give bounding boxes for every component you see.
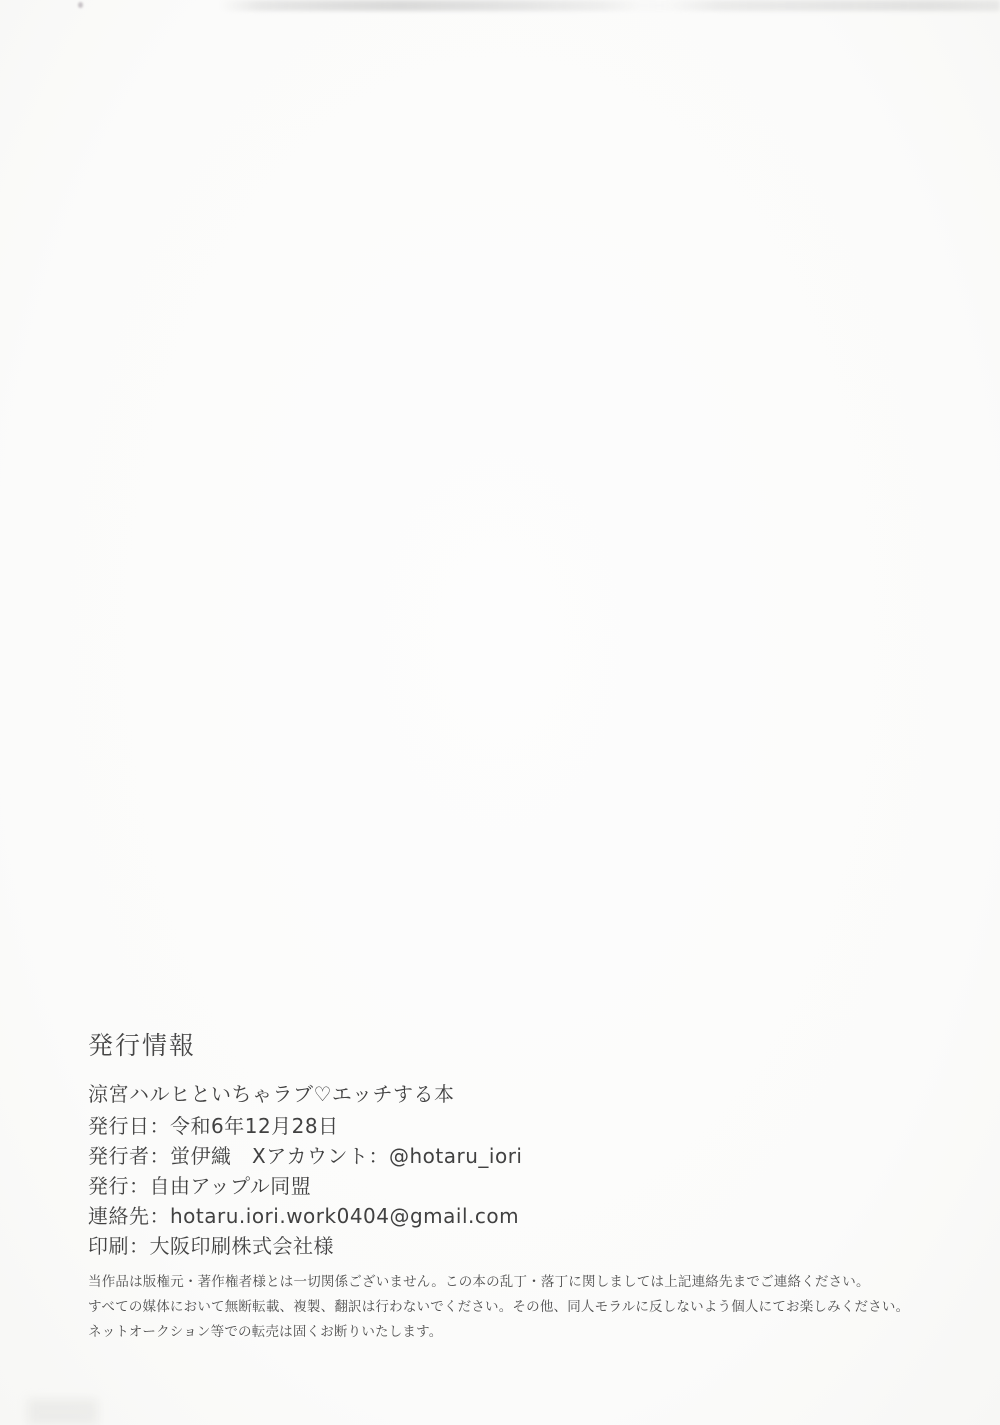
disclaimer-line: 当作品は版権元・著作権者様とは一切関係ございません。この本の乱丁・落丁に関しまし… <box>88 1270 918 1295</box>
disclaimer-line: ネットオークション等での転売は固くお断りいたします。 <box>88 1320 918 1345</box>
disclaimer-line: すべての媒体において無断転載、複製、翻訳は行わないでください。その他、同人モラル… <box>88 1295 918 1320</box>
scanned-page: 発行情報 涼宮ハルヒといちゃラブ♡エッチする本 発行日：令和6年12月28日 発… <box>0 0 1000 1425</box>
colophon-heading: 発行情報 <box>88 1026 522 1062</box>
scan-artifact-bottom-left <box>28 1399 98 1425</box>
author-line: 発行者：蛍伊織 Xアカウント：@hotaru_iori <box>88 1141 522 1171</box>
book-title: 涼宮ハルヒといちゃラブ♡エッチする本 <box>88 1079 522 1109</box>
contact-email-line: 連絡先：hotaru.iori.work0404@gmail.com <box>88 1201 522 1231</box>
colophon-block: 発行情報 涼宮ハルヒといちゃラブ♡エッチする本 発行日：令和6年12月28日 発… <box>88 1026 522 1261</box>
scan-artifact-top-smudge <box>0 0 1000 11</box>
publisher-line: 発行：自由アップル同盟 <box>88 1171 522 1201</box>
publication-date-line: 発行日：令和6年12月28日 <box>88 1111 522 1141</box>
scan-artifact-speck <box>78 2 83 8</box>
printer-line: 印刷：大阪印刷株式会社様 <box>88 1231 522 1261</box>
disclaimer-block: 当作品は版権元・著作権者様とは一切関係ございません。この本の乱丁・落丁に関しまし… <box>88 1270 918 1345</box>
